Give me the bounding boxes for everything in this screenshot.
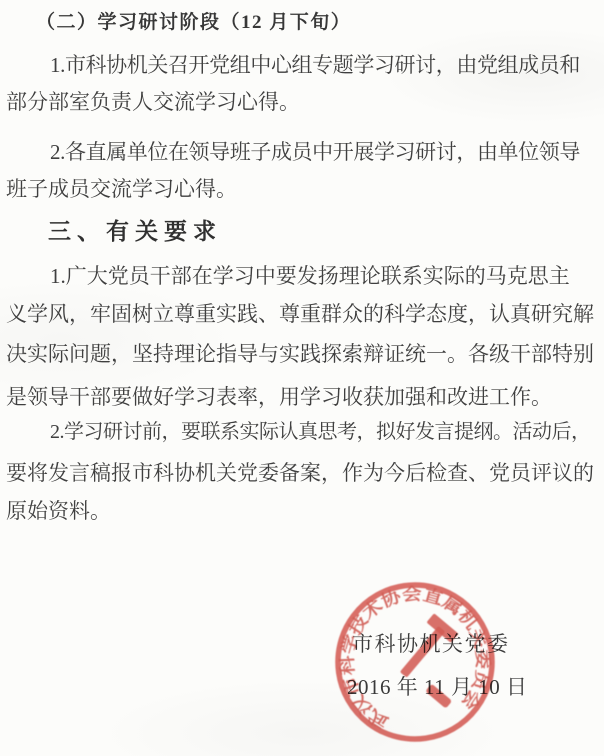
paragraph-line: 部分部室负责人交流学习心得。 xyxy=(6,90,300,114)
paragraph-line: 原始资料。 xyxy=(6,499,111,523)
paragraph-line: 要将发言稿报市科协机关党委备案，作为今后检查、党员评议的 xyxy=(6,461,594,485)
subsection-title: （二）学习研讨阶段（12 月下旬） xyxy=(36,12,351,34)
signature-committee: 市科协机关党委 xyxy=(352,628,510,658)
official-seal-graphic: 武汉市科学技术协会直属机关委员会 xyxy=(328,575,502,749)
paragraph-line: 2.各直属单位在领导班子成员中开展学习研讨，由单位领导 xyxy=(50,140,580,164)
paragraph-line: 决实际问题，坚持理论指导与实践探索辩证统一。各级干部特别 xyxy=(6,342,594,366)
document-page: （二）学习研讨阶段（12 月下旬） 1.市科协机关召开党组中心组专题学习研讨，由… xyxy=(0,0,604,756)
paragraph-line: 班子成员交流学习心得。 xyxy=(6,177,237,201)
official-seal: 武汉市科学技术协会直属机关委员会 xyxy=(328,575,502,749)
paragraph-line: 2.学习研讨前，要联系实际认真思考，拟好发言提纲。活动后， xyxy=(50,421,591,444)
seal-ring xyxy=(328,575,502,749)
section-heading: 三、有关要求 xyxy=(48,218,222,244)
paragraph-line: 1.广大党员干部在学习中要发扬理论联系实际的马克思主 xyxy=(50,264,570,288)
signature-date: 2016 年 11 月 10 日 xyxy=(347,671,527,701)
paragraph-line: 是领导干部要做好学习表率，用学习收获加强和改进工作。 xyxy=(6,385,552,409)
paragraph-line: 1.市科协机关召开党组中心组专题学习研讨，由党组成员和 xyxy=(50,53,580,77)
paragraph-line: 义学风，牢固树立尊重实践、尊重群众的科学态度，认真研究解 xyxy=(6,302,594,326)
